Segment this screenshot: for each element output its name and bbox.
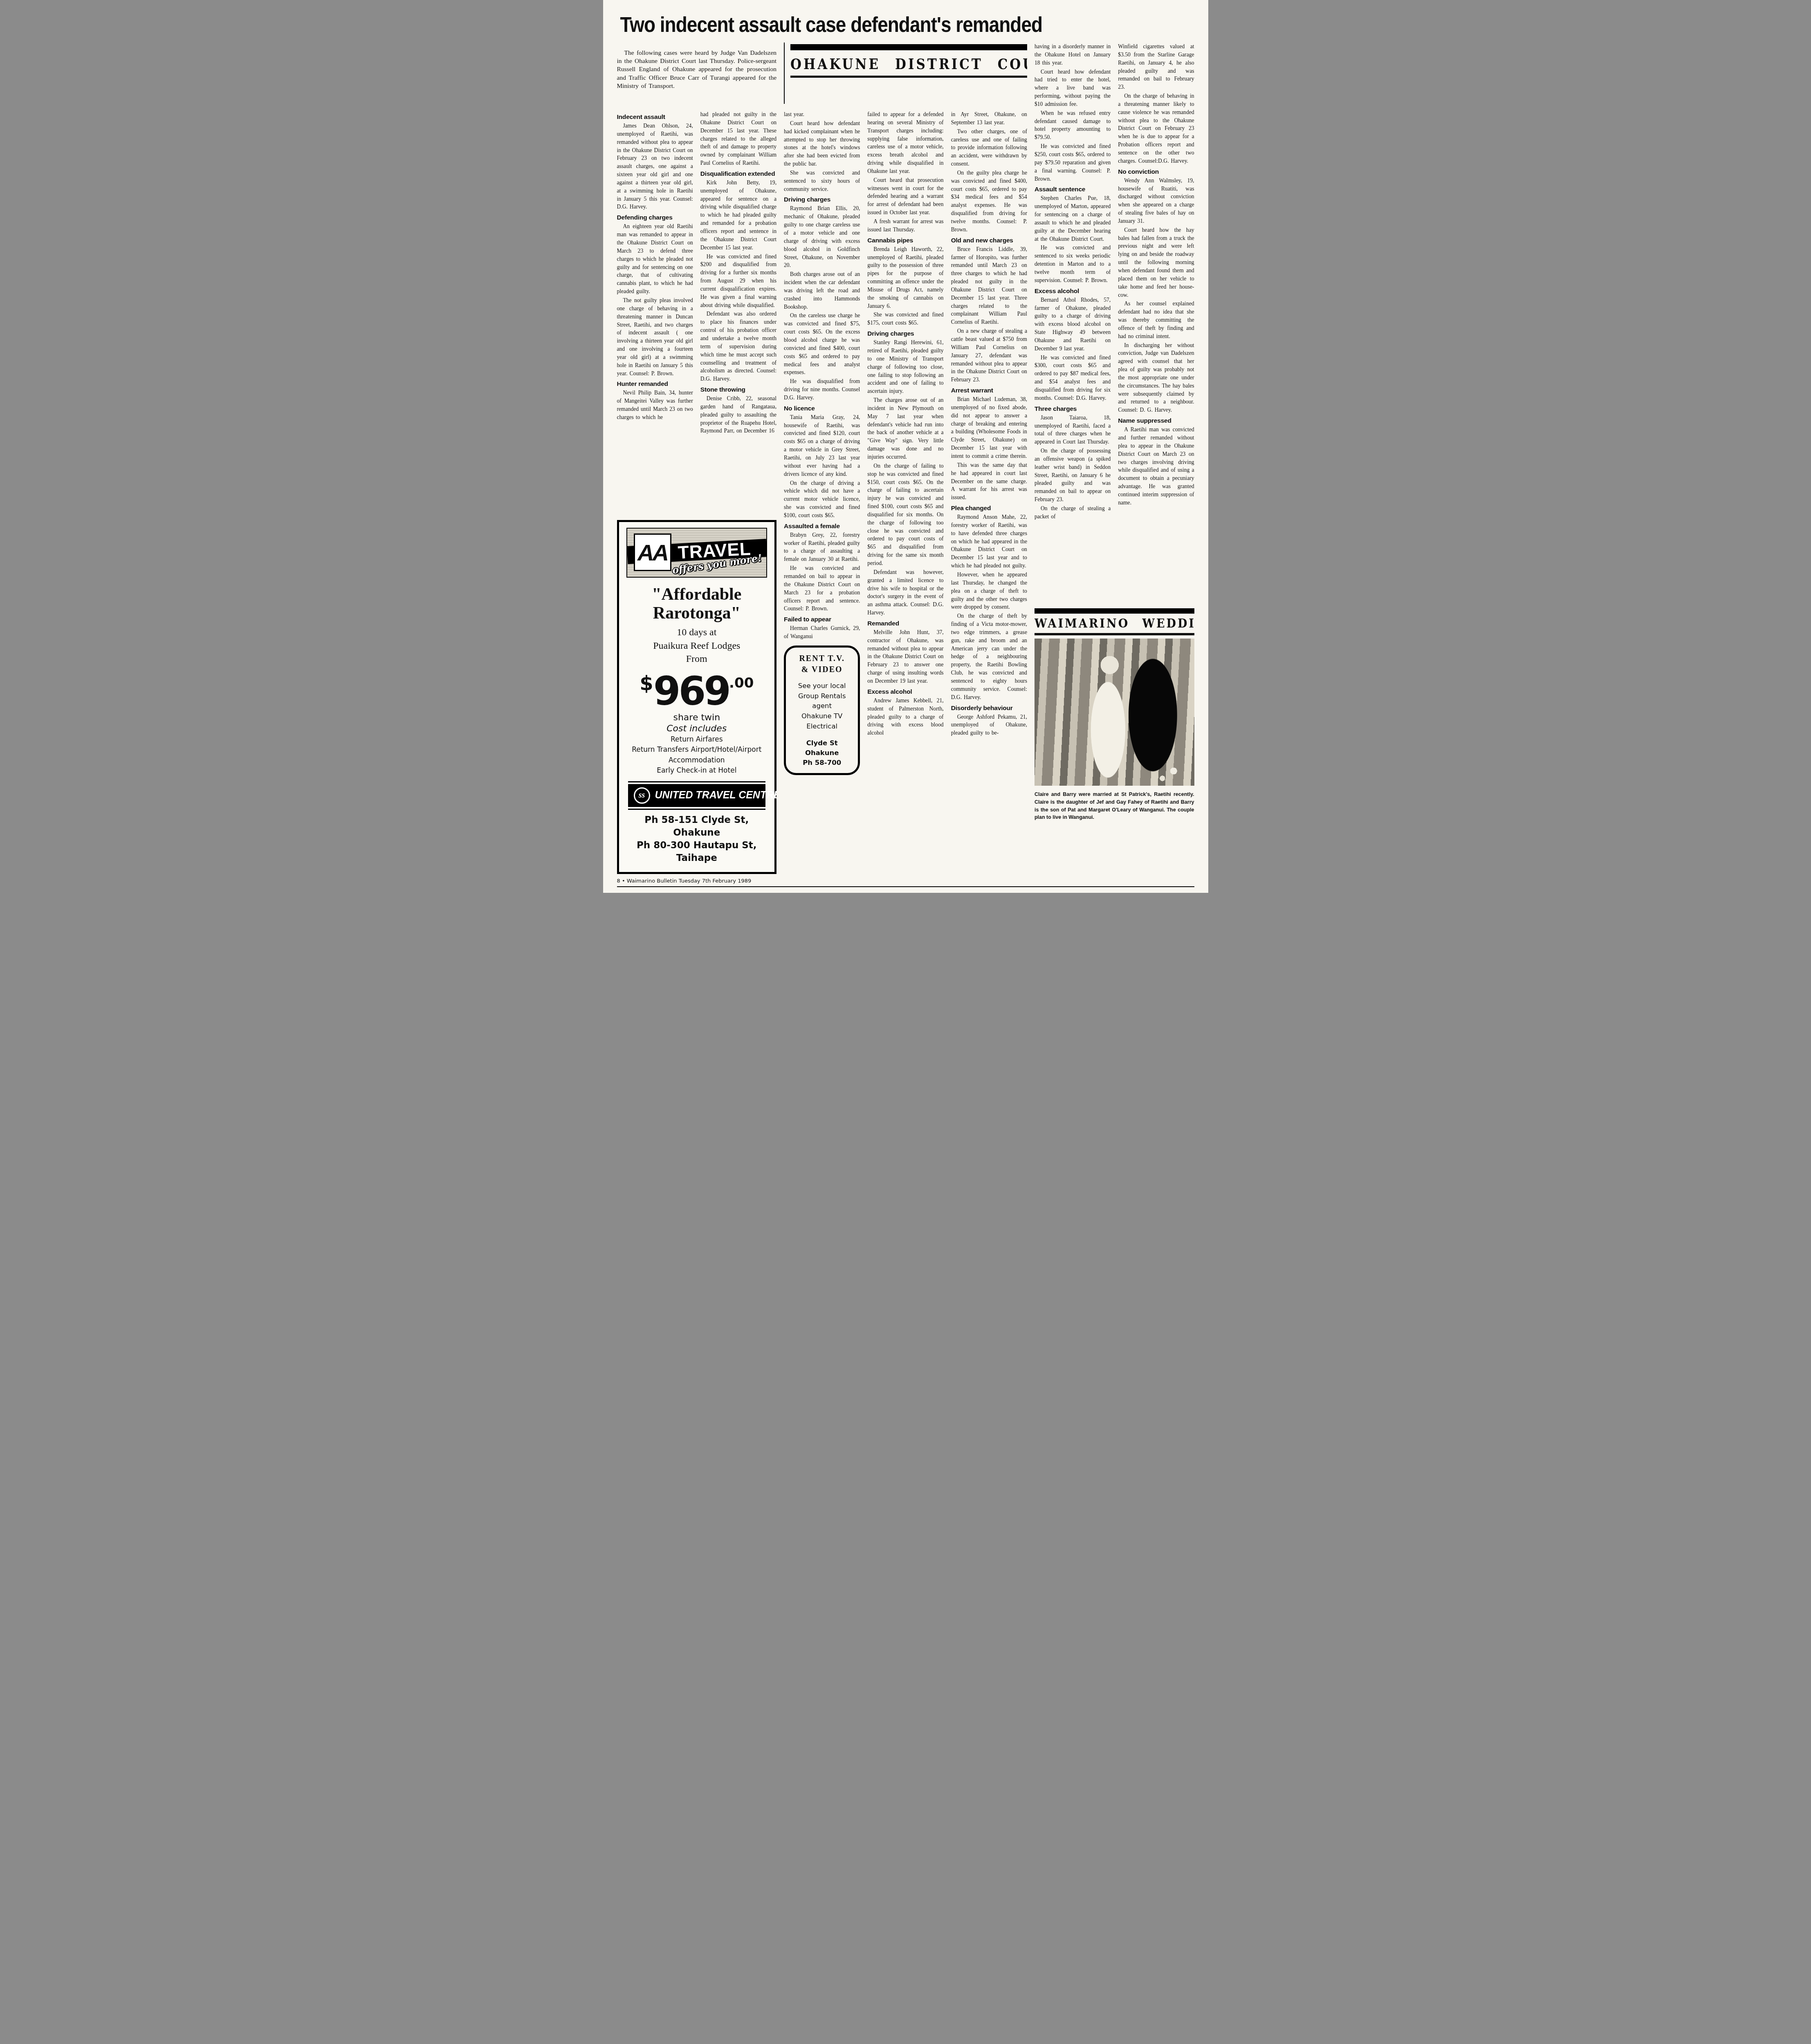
court-column-4: failed to appear for a defended hearing … [867,110,943,874]
court-text-block: Stanley Rangi Herewini, 61, retired of R… [867,338,943,395]
court-text-block: He was disqualified from driving for nin… [784,377,860,402]
court-column-5: in Ayr Street, Ohakune, on September 13 … [951,110,1027,874]
court-text-block: Both charges arose out of an incident wh… [784,270,860,311]
court-text-block: Disorderly behaviour [951,705,1027,712]
court-text-block: Denise Cribb, 22, seasonal garden hand o… [700,394,776,435]
wedding-caption: Claire and Barry were married at St Patr… [1035,791,1194,821]
court-text-block: As her counsel explained defendant had n… [1118,300,1194,340]
court-text-block: No conviction [1118,168,1194,175]
court-column-7: Winfield cigarettes valued at $3.50 from… [1118,43,1194,603]
court-text-block: On a new charge of stealing a cattle bea… [951,327,1027,384]
court-text-block: Raymond Brian Ellis, 20, mechanic of Oha… [784,204,860,269]
court-text-block: Driving charges [867,330,943,337]
court-text-block: Tania Maria Gray, 24, housewife of Raeti… [784,413,860,478]
wedding-top-rule [1035,608,1194,614]
wedding-photo [1035,639,1194,786]
court-text-block: Hunter remanded [617,381,693,388]
aa-ad-cost-includes: Cost includes [626,724,767,734]
court-text-block: On the careless use charge he was convic… [784,312,860,377]
united-travel-circle-icon: ss [634,787,650,804]
aa-ad-phone-taihape: Ph 80-300 Hautapu St, Taihape [626,839,767,865]
aa-ad-includes-list: Return AirfaresReturn Transfers Airport/… [626,735,767,776]
price-cents: .00 [729,675,754,691]
court-text-block: In discharging her without conviction, J… [1118,341,1194,415]
aa-ad-sub-line3: From [626,652,767,666]
court-text-block: On the charge of stealing a packet of [1035,504,1111,521]
rent-ad-contact-line: Clyde St [789,738,855,748]
court-text-block: Brian Michael Ludeman, 38, unemployed of… [951,395,1027,460]
united-travel-centre-text: UNITED TRAVEL CENTRE [655,789,777,801]
rent-ad-body-line: Ohakune TV [789,711,855,722]
aa-ad-price: $969.00 [626,668,767,714]
court-text-block: Nevil Philip Bain, 34, hunter of Mangeit… [617,389,693,421]
intro-paragraph: The following cases were heard by Judge … [617,49,777,91]
aa-ad-include-item: Return Transfers Airport/Hotel/Airport [626,745,767,755]
united-travel-band-wrap: ss UNITED TRAVEL CENTRE [628,781,766,810]
right-court-columns: having in a disorderly manner in the Oha… [1035,43,1194,603]
court-text-block: On the charge of behaving in a threateni… [1118,92,1194,165]
court-text-block: had pleaded not guilty in the Ohakune Di… [700,110,776,167]
banner-bottom-rule [790,76,1027,78]
court-text-block: Stone throwing [700,386,776,393]
court-text-block: Bruce Francis Liddle, 39, farmer of Horo… [951,245,1027,326]
court-text-block: Jason Taiaroa, 18, unemployed of Raetihi… [1035,414,1111,446]
price-currency: $ [640,672,653,695]
court-text-block: Court heard how the hay bales had fallen… [1118,226,1194,299]
court-text-block: Name suppressed [1118,417,1194,424]
court-text-block: Winfield cigarettes valued at $3.50 from… [1118,43,1194,91]
court-text-block: Melville John Hunt, 37, contractor of Oh… [867,628,943,685]
court-text-block: On the charge of possessing an offensive… [1035,447,1111,504]
rent-ad-contact: Clyde StOhakunePh 58-700 [789,738,855,768]
court-text-block: However, when he appeared last Thursday,… [951,571,1027,611]
aa-travel-logo: AA TRAVEL offers you more! [626,528,767,578]
court-text-block: Plea changed [951,505,1027,512]
court-text-block: A Raetihi man was convicted and further … [1118,426,1194,507]
court-text-block: Failed to appear [784,616,860,623]
rent-ad-body-line: Electrical [789,722,855,732]
court-text-block: An eighteen year old Raetihi man was rem… [617,222,693,296]
court-column-2: had pleaded not guilty in the Ohakune Di… [700,110,776,511]
aa-travel-ad[interactable]: AA TRAVEL offers you more! "Affordable R… [617,520,777,874]
right-section: having in a disorderly manner in the Oha… [1035,43,1194,874]
rent-ad-body-line: Group Rentals [789,691,855,702]
page-grid: The following cases were heard by Judge … [617,43,1194,874]
court-text-block: Brenda Leigh Haworth, 22, unemployed of … [867,245,943,310]
court-text-block: He was convicted and fined $250, court c… [1035,142,1111,183]
court-text-block: A fresh warrant for arrest was issued la… [867,217,943,234]
aa-ad-phone-ohakune: Ph 58-151 Clyde St, Ohakune [626,814,767,839]
court-column-3: last year.Court heard how defendant had … [784,110,860,641]
court-text-block: This was the same day that he had appear… [951,461,1027,502]
court-text-block: Defendant was also ordered to place his … [700,310,776,383]
rent-ad-title-line2: & VIDEO [789,664,855,675]
court-text-block: failed to appear for a defended hearing … [867,110,943,175]
aa-ad-sub-line1: 10 days at [626,626,767,639]
court-text-block: On the charge of driving a vehicle which… [784,479,860,520]
court-text-block: On the charge of theft by finding of a V… [951,612,1027,701]
aa-ad-include-item: Accommodation [626,755,767,766]
court-text-block: The charges arose out of an incident in … [867,396,943,461]
court-text-block: in Ayr Street, Ohakune, on September 13 … [951,110,1027,127]
court-text-block: The not guilty pleas involved one charge… [617,296,693,377]
aa-ad-sub-line2: Puaikura Reef Lodges [626,639,767,652]
united-travel-band: ss UNITED TRAVEL CENTRE [628,784,766,807]
aa-ad-headline-line2: Rarotonga" [626,604,767,623]
court-text-block: George Ashford Pekamu, 21, unemployed of… [951,713,1027,737]
intro-block: The following cases were heard by Judge … [617,43,777,104]
court-text-block: Two other charges, one of careless use a… [951,128,1027,168]
court-text-block: Assaulted a female [784,523,860,530]
court-banner-title: OHAKUNE DISTRICT COURT [790,56,1027,73]
aa-logo-icon: AA [634,533,671,571]
rent-ad-contact-line: Ohakune [789,748,855,758]
court-text-block: Raymond Anson Mahe, 22, forestry worker … [951,513,1027,570]
aa-ad-headline-line1: "Affordable [626,585,767,604]
court-text-block: Cannabis pipes [867,237,943,244]
court-text-block: She was convicted and fined $175, court … [867,311,943,327]
court-text-block: Defending charges [617,214,693,221]
court-text-block: He was convicted and fined $200 and disq… [700,253,776,309]
court-text-block: Three charges [1035,406,1111,412]
court-text-block: Old and new charges [951,237,1027,244]
court-text-block: having in a disorderly manner in the Oha… [1035,43,1111,67]
rent-ad-title-line1: RENT T.V. [789,653,855,664]
court-text-block: When he was refused entry defendant caus… [1035,109,1111,141]
rent-ad-body-line: agent [789,701,855,711]
wedding-section: WAIMARINO WEDDING Claire and Barry were … [1035,608,1194,821]
court-text-block: Disqualification extended [700,170,776,177]
court-text-block: Andrew James Kebbell, 21, student of Pal… [867,697,943,737]
court-text-block: Court heard how defendant had tried to e… [1035,68,1111,108]
court-text-block: Excess alcohol [1035,288,1111,295]
court-text-block: No licence [784,405,860,412]
court-text-block: Bernard Athol Rhodes, 57, farmer of Ohak… [1035,296,1111,353]
court-text-block: Stephen Charles Pue, 18, unemployed of M… [1035,194,1111,243]
court-text-block: Kirk John Betty, 19, unemployed of Ohaku… [700,179,776,252]
court-text-block: On the charge of failing to stop he was … [867,462,943,567]
court-text-block: Court heard how defendant had kicked com… [784,119,860,168]
banner-top-rule [790,44,1027,50]
main-headline: Two indecent assault case defendant's re… [620,12,1194,37]
court-text-block: Indecent assault [617,114,693,121]
court-text-block: Brabyn Grey, 22, forestry worker of Raet… [784,531,860,563]
court-text-block: Excess alcohol [867,688,943,695]
rent-ad-body-line: See your local [789,681,855,691]
court-text-block: He was convicted and remanded on bail to… [784,564,860,613]
court-banner: OHAKUNE DISTRICT COURT [784,43,1027,104]
rent-ad-contact-line: Ph 58-700 [789,758,855,768]
court-text-block: Court heard that prosecution witnesses w… [867,176,943,217]
rent-tv-ad[interactable]: RENT T.V. & VIDEO See your localGroup Re… [784,645,860,775]
court-column-6: having in a disorderly manner in the Oha… [1035,43,1111,603]
court-text-block: Defendant was however, granted a limited… [867,568,943,617]
court-text-block: He was convicted and fined $300, court c… [1035,354,1111,402]
aa-ad-include-item: Early Check-in at Hotel [626,766,767,776]
court-text-block: Remanded [867,620,943,627]
court-text-block: Driving charges [784,196,860,203]
page-footer: 8 • Waimarino Bulletin Tuesday 7th Febru… [617,878,1194,887]
court-text-block: Assault sentence [1035,186,1111,193]
court-text-block: She was convicted and sentenced to sixty… [784,169,860,193]
court-text-block: On the guilty plea charge he was convict… [951,169,1027,234]
wedding-banner-title: WAIMARINO WEDDING [1035,617,1194,635]
price-amount: 969 [653,668,729,714]
court-text-block: He was convicted and sentenced to six we… [1035,244,1111,284]
court-text-block: last year. [784,110,860,119]
newspaper-page-body: { "masthead": { "headline": "Two indecen… [0,0,1811,893]
court-column-1: Indecent assaultJames Dean Ohlson, 24, u… [617,110,693,511]
court-text-block: Wendy Ann Walmsley, 19, housewife of Rua… [1118,177,1194,225]
aa-ad-include-item: Return Airfares [626,735,767,745]
court-text-block: Herman Charles Gurnick, 29, of Wanganui [784,624,860,641]
court-column-3-wrap: last year.Court heard how defendant had … [784,110,860,874]
court-text-block: James Dean Ohlson, 24, unemployed of Rae… [617,122,693,211]
aa-travel-ad-cell: AA TRAVEL offers you more! "Affordable R… [617,518,777,874]
rent-ad-body: See your localGroup RentalsagentOhakune … [789,681,855,732]
court-text-block: Arrest warrant [951,387,1027,394]
newspaper-page: Two indecent assault case defendant's re… [603,0,1208,893]
